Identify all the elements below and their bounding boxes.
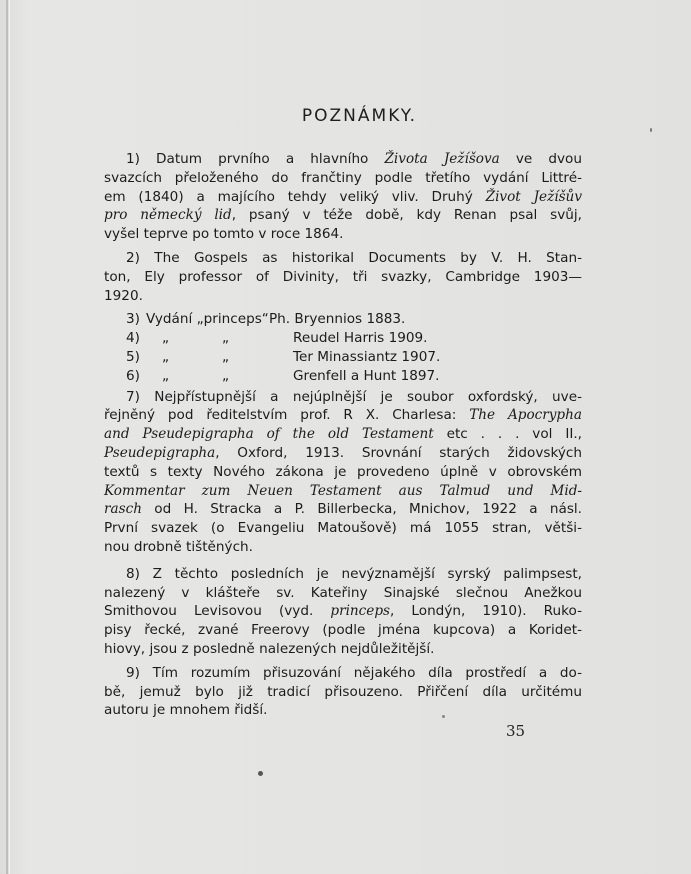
note-2-line-3: 1920. <box>104 287 582 306</box>
edition-row: 5) „ „ Ter Minassiantz 1907. <box>104 348 582 367</box>
note-1: 1) Datum prvního a hlavního Života Ježíš… <box>104 150 582 244</box>
notes-body: 1) Datum prvního a hlavního Života Ježíš… <box>104 150 582 720</box>
note-1-line-5: vyšel teprve po tomto v roce 1864. <box>104 225 582 244</box>
note-1-line-3: em (1840) a majícího tehdy veliký vliv. … <box>104 188 582 207</box>
note-1-line-4: pro německý lid, psaný v téže době, kdy … <box>104 206 582 225</box>
ink-speck <box>442 715 445 718</box>
note-8: 8) Z těchto posledních je nevýznamější s… <box>104 565 582 659</box>
ink-speck <box>650 128 652 132</box>
italic-title: Života Ježíšova <box>384 151 499 167</box>
note-2-line-2: ton, Ely professor of Divinity, tři svaz… <box>104 268 582 287</box>
note-2-line-1: 2) The Gospels as historikal Documents b… <box>104 249 582 268</box>
ink-speck <box>258 771 263 776</box>
page-title: POZNÁMKY. <box>0 106 691 126</box>
page-spine-shadow <box>6 0 8 874</box>
note-9: 9) Tím rozumím přisuzování nějakého díla… <box>104 664 582 720</box>
page-number: 35 <box>506 722 525 740</box>
edition-row: 4) „ „ Reudel Harris 1909. <box>104 329 582 348</box>
page-spine-highlight <box>9 0 10 874</box>
scanned-page: POZNÁMKY. 1) Datum prvního a hlavního Ži… <box>0 0 691 874</box>
note-1-line-2: svazcích přeloženého do frančtiny podle … <box>104 169 582 188</box>
note-1-line-1: 1) Datum prvního a hlavního Života Ježíš… <box>104 150 582 169</box>
italic-title: pro německý lid <box>104 207 232 223</box>
italic-title: Život Ježíšův <box>486 189 582 205</box>
edition-row: 6) „ „ Grenfell a Hunt 1897. <box>104 367 582 386</box>
note-2: 2) The Gospels as historikal Documents b… <box>104 249 582 305</box>
editions-list: 3) Vydání „princeps“ Ph. Bryennios 1883.… <box>104 310 582 385</box>
note-7: 7) Nejpřístupnější a nejúplnější je soub… <box>104 388 582 557</box>
edition-row: 3) Vydání „princeps“ Ph. Bryennios 1883. <box>104 310 582 329</box>
